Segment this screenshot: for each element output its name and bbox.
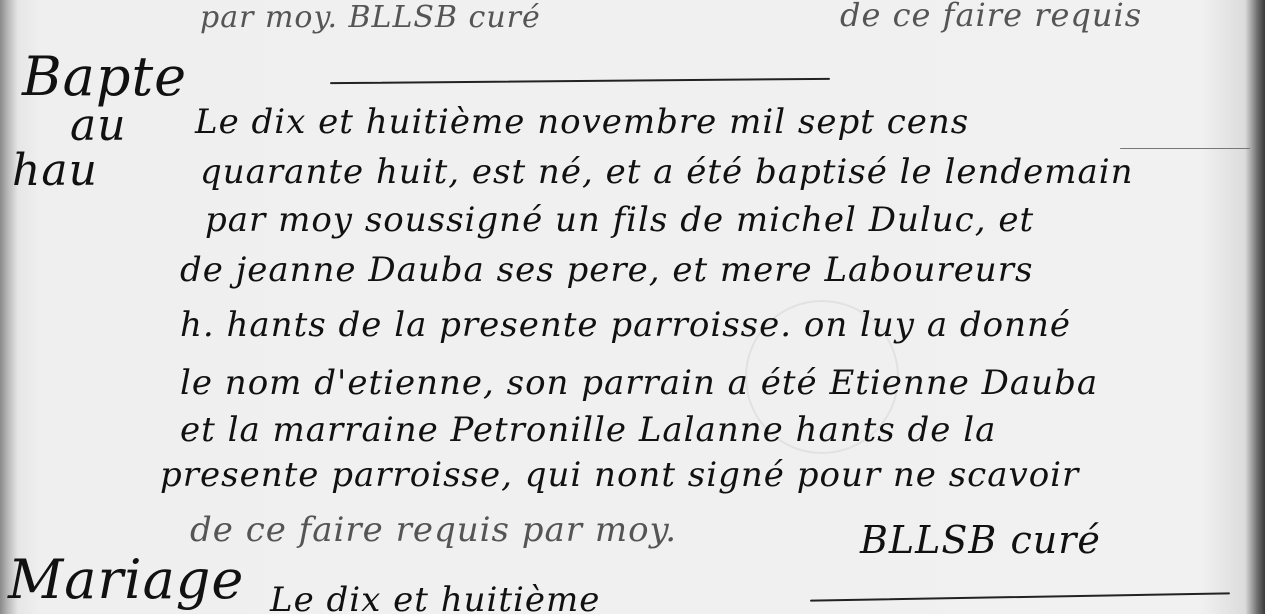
margin-note-hau: hau xyxy=(12,145,98,196)
previous-entry-signature-line: par moy. BLLSB curé xyxy=(200,0,541,35)
register-page: par moy. BLLSB curé de ce faire requis B… xyxy=(0,0,1265,614)
entry-line-5: h. hants de la presente parroisse. on lu… xyxy=(180,305,1071,345)
signature-title: curé xyxy=(1010,518,1100,562)
entry-line-3: par moy soussigné un fils de michel Dulu… xyxy=(205,200,1034,240)
margin-note-au: au xyxy=(70,100,127,151)
entry-line-4: de jeanne Dauba ses pere, et mere Labour… xyxy=(180,250,1033,290)
closing-signature: BLLSB curé xyxy=(860,518,1101,562)
signature-name: BLLSB xyxy=(860,518,997,562)
entry-line-9: de ce faire requis par moy. xyxy=(190,510,677,550)
margin-note-bapte: Bapte xyxy=(22,45,187,108)
entry-line-7: et la marraine Petronille Lalanne hants … xyxy=(180,410,996,450)
next-entry-start: Le dix et huitième xyxy=(270,580,600,614)
next-entry-margin-mariage: Mariage xyxy=(8,548,244,611)
closing-separator-line xyxy=(810,592,1230,601)
previous-entry-right: de ce faire requis xyxy=(840,0,1142,34)
entry-line-6: le nom d'etienne, son parrain a été Etie… xyxy=(180,363,1098,403)
entry-line-2: quarante huit, est né, et a été baptisé … xyxy=(200,152,1134,192)
line-tail-1 xyxy=(1120,148,1250,149)
separator-line xyxy=(330,78,830,84)
entry-line-8: presente parroisse, qui nont signé pour … xyxy=(160,455,1079,495)
entry-line-1: Le dix et huitième novembre mil sept cen… xyxy=(195,102,969,142)
previous-entry-tail: par moy. BLLSB curé xyxy=(200,0,541,35)
